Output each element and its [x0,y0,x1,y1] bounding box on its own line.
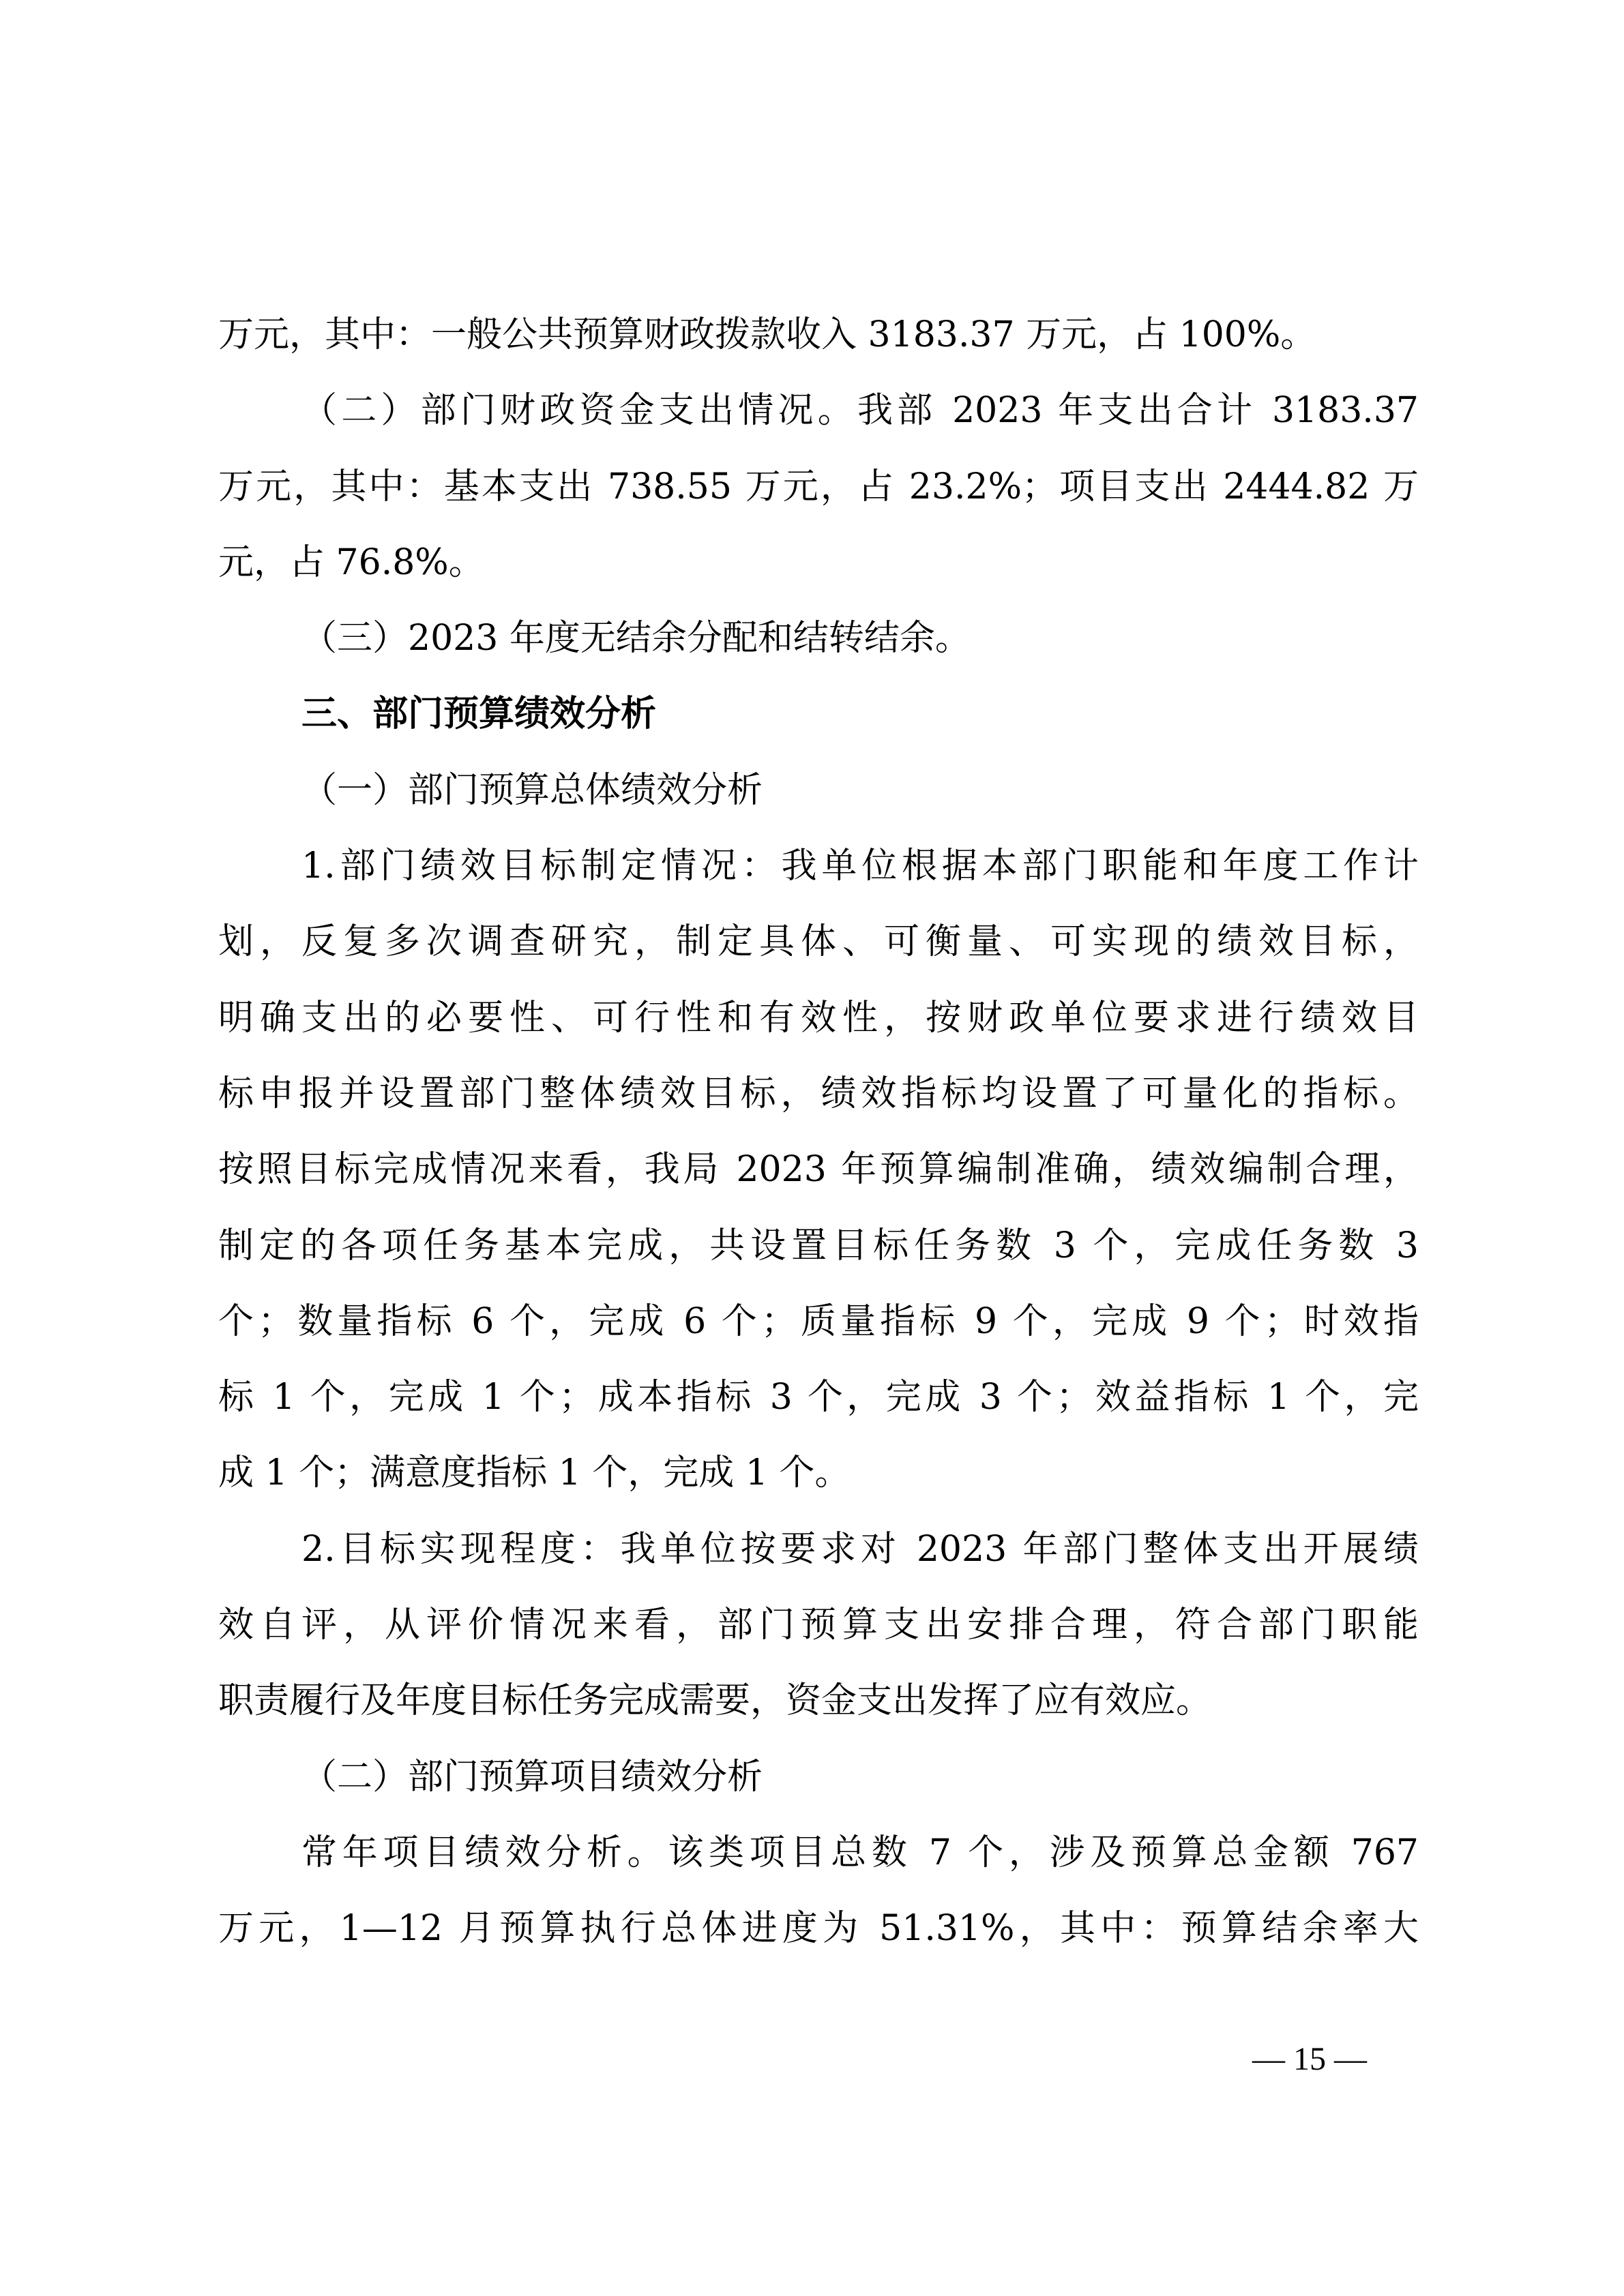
page-number: — 15 — [1241,2039,1378,2080]
paragraph-line-goal-setting-2: 划，反复多次调查研究，制定具体、可衡量、可实现的绩效目标， [218,904,1419,980]
paragraph-line-goal-setting-9: 成 1 个；满意度指标 1 个，完成 1 个。 [218,1435,1419,1511]
document-body: 万元，其中：一般公共预算财政拨款收入 3183.37 万元，占 100%。 （二… [218,297,1419,1967]
paragraph-line-goal-setting-7: 个；数量指标 6 个，完成 6 个；质量指标 9 个，完成 9 个；时效指 [218,1284,1419,1360]
paragraph-line-goal-setting-6: 制定的各项任务基本完成，共设置目标任务数 3 个，完成任务数 3 [218,1208,1419,1284]
line-text: 万元，1—12 月预算执行总体进度为 51.31%，其中：预算结余率大 [218,1908,1419,1949]
line-text: 效自评，从评价情况来看，部门预算支出安排合理，符合部门职能 [218,1605,1419,1645]
line-text: 按照目标完成情况来看，我局 2023 年预算编制准确，绩效编制合理， [218,1149,1419,1190]
paragraph-line-expenditure-end: 元，占 76.8%。 [218,525,1419,601]
paragraph-line-goal-setting-1: 1.部门绩效目标制定情况：我单位根据本部门职能和年度工作计 [218,829,1419,904]
heading-text: 三、部门预算绩效分析 [301,694,656,734]
paragraph-line-goal-achievement-1: 2.目标实现程度：我单位按要求对 2023 年部门整体支出开展绩 [218,1512,1419,1587]
line-text: 我部 2023 年支出合计 3183.37 [857,390,1419,431]
line-text: 万元，其中：基本支出 738.55 万元，占 23.2%；项目支出 2444.8… [218,466,1419,507]
paragraph-line-goal-achievement-2: 效自评，从评价情况来看，部门预算支出安排合理，符合部门职能 [218,1587,1419,1663]
paragraph-line-goal-setting-4: 标申报并设置部门整体绩效目标，绩效指标均设置了可量化的指标。 [218,1056,1419,1132]
paragraph-line-expenditure-breakdown: 万元，其中：基本支出 738.55 万元，占 23.2%；项目支出 2444.8… [218,449,1419,525]
subheading-no-surplus: （三）2023 年度无结余分配和结转结余。 [218,601,1419,676]
line-text: 万元，其中：一般公共预算财政拨款收入 3183.37 万元，占 100%。 [218,314,1316,355]
line-text: 职责履行及年度目标任务完成需要，资金支出发挥了应有效应。 [218,1680,1211,1721]
paragraph-line-recurring-projects-1: 常年项目绩效分析。该类项目总数 7 个，涉及预算总金额 767 [218,1815,1419,1891]
line-text: 标申报并设置部门整体绩效目标，绩效指标均设置了可量化的指标。 [218,1073,1419,1114]
section-runin-heading-expenditure: （二）部门财政资金支出情况。 [301,390,857,431]
paragraph-line-goal-achievement-3: 职责履行及年度目标任务完成需要，资金支出发挥了应有效应。 [218,1663,1419,1739]
document-page: 万元，其中：一般公共预算财政拨款收入 3183.37 万元，占 100%。 （二… [0,0,1624,2296]
paragraph-line-recurring-projects-2: 万元，1—12 月预算执行总体进度为 51.31%，其中：预算结余率大 [218,1891,1419,1967]
line-text: （三）2023 年度无结余分配和结转结余。 [301,618,971,659]
section-heading-performance-analysis: 三、部门预算绩效分析 [218,676,1419,752]
paragraph-line-income-summary: 万元，其中：一般公共预算财政拨款收入 3183.37 万元，占 100%。 [218,297,1419,373]
line-text: 明确支出的必要性、可行性和有效性，按财政单位要求进行绩效目 [218,998,1419,1039]
paragraph-line-goal-setting-5: 按照目标完成情况来看，我局 2023 年预算编制准确，绩效编制合理， [218,1132,1419,1208]
line-text: 划，反复多次调查研究，制定具体、可衡量、可实现的绩效目标， [218,921,1419,962]
paragraph-line-expenditure-intro: （二）部门财政资金支出情况。我部 2023 年支出合计 3183.37 [218,373,1419,449]
line-text: （一）部门预算总体绩效分析 [301,770,763,811]
line-text: 常年项目绩效分析。该类项目总数 7 个，涉及预算总金额 767 [301,1832,1419,1873]
line-text: （二）部门预算项目绩效分析 [301,1757,763,1798]
paragraph-line-goal-setting-8: 标 1 个，完成 1 个；成本指标 3 个，完成 3 个；效益指标 1 个，完 [218,1360,1419,1435]
line-text: 2.目标实现程度：我单位按要求对 2023 年部门整体支出开展绩 [301,1529,1419,1570]
line-text: 个；数量指标 6 个，完成 6 个；质量指标 9 个，完成 9 个；时效指 [218,1301,1419,1342]
line-text: 元，占 76.8%。 [218,542,484,583]
line-text: 1.部门绩效目标制定情况：我单位根据本部门职能和年度工作计 [301,846,1419,886]
subheading-overall-performance: （一）部门预算总体绩效分析 [218,753,1419,829]
line-text: 标 1 个，完成 1 个；成本指标 3 个，完成 3 个；效益指标 1 个，完 [218,1377,1419,1418]
line-text: 成 1 个；满意度指标 1 个，完成 1 个。 [218,1452,850,1493]
line-text: 制定的各项任务基本完成，共设置目标任务数 3 个，完成任务数 3 [218,1225,1419,1266]
paragraph-line-goal-setting-3: 明确支出的必要性、可行性和有效性，按财政单位要求进行绩效目 [218,981,1419,1056]
subheading-project-performance: （二）部门预算项目绩效分析 [218,1740,1419,1815]
